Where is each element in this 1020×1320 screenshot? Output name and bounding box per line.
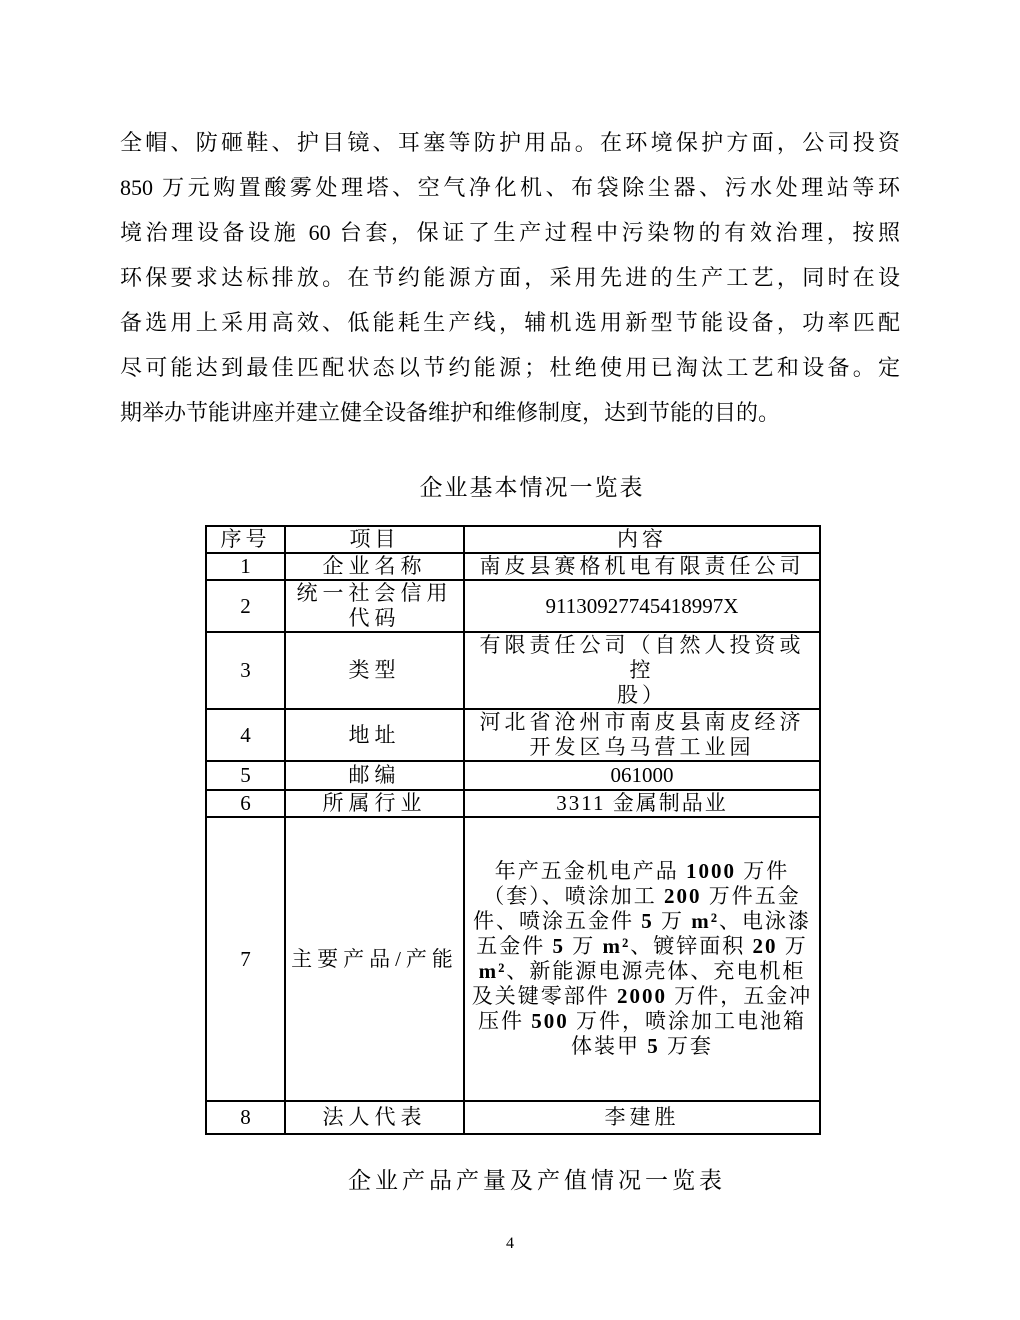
row-item-cell: 类型 [285, 632, 464, 709]
table-row: 4 地址 河北省沧州市南皮县南皮经济 开发区乌马营工业园 [206, 709, 820, 761]
row-content-cell: 061000 [464, 761, 820, 790]
table-row: 7 主要产品/产能 年产五金机电产品 1000 万件 （套）、喷涂加工 200 … [206, 817, 820, 1101]
table2-title: 企业产品产量及产值情况一览表 [0, 1167, 1020, 1195]
row-no-cell: 3 [206, 632, 285, 709]
header-content-cell: 内容 [464, 526, 820, 553]
row-item-cell: 地址 [285, 709, 464, 761]
row-content-cell: 李建胜 [464, 1101, 820, 1134]
row-item-cell: 统一社会信用 代码 [285, 580, 464, 632]
row-no-cell: 5 [206, 761, 285, 790]
document-page: 全帽、防砸鞋、护目镜、耳塞等防护用品。在环境保护方面，公司投资 850 万元购置… [0, 0, 1020, 1320]
row-no-cell: 6 [206, 790, 285, 817]
header-no-cell: 序号 [206, 526, 285, 553]
table-row: 2 统一社会信用 代码 91130927745418997X [206, 580, 820, 632]
row-no-cell: 7 [206, 817, 285, 1101]
table-row: 5 邮编 061000 [206, 761, 820, 790]
page-number: 4 [0, 1234, 1020, 1254]
row-no-cell: 8 [206, 1101, 285, 1134]
table-row: 8 法人代表 李建胜 [206, 1101, 820, 1134]
row-item-cell: 企业名称 [285, 553, 464, 580]
row-content-cell: 年产五金机电产品 1000 万件 （套）、喷涂加工 200 万件五金 件、喷涂五… [464, 817, 820, 1101]
row-content-cell: 3311 金属制品业 [464, 790, 820, 817]
row-content-cell: 南皮县赛格机电有限责任公司 [464, 553, 820, 580]
paragraph-line: 850 万元购置酸雾处理塔、空气净化机、布袋除尘器、污水处理站等环 [120, 165, 900, 210]
row-no-cell: 2 [206, 580, 285, 632]
paragraph-line: 全帽、防砸鞋、护目镜、耳塞等防护用品。在环境保护方面，公司投资 [120, 120, 900, 165]
row-content-cell: 91130927745418997X [464, 580, 820, 632]
paragraph-line: 环保要求达标排放。在节约能源方面，采用先进的生产工艺，同时在设 [120, 255, 900, 300]
paragraph-line: 境治理设备设施 60 台套，保证了生产过程中污染物的有效治理，按照 [120, 210, 900, 255]
header-item-cell: 项目 [285, 526, 464, 553]
table1-title: 企业基本情况一览表 [0, 474, 1020, 502]
paragraph-line: 尽可能达到最佳匹配状态以节约能源；杜绝使用已淘汰工艺和设备。定 [120, 345, 900, 390]
paragraph-line: 期举办节能讲座并建立健全设备维护和维修制度，达到节能的目的。 [120, 390, 900, 435]
row-item-cell: 法人代表 [285, 1101, 464, 1134]
table-row: 6 所属行业 3311 金属制品业 [206, 790, 820, 817]
row-content-cell: 有限责任公司（自然人投资或控 股） [464, 632, 820, 709]
row-no-cell: 1 [206, 553, 285, 580]
row-item-cell: 主要产品/产能 [285, 817, 464, 1101]
table-row: 1 企业名称 南皮县赛格机电有限责任公司 [206, 553, 820, 580]
basic-info-table: 序号 项目 内容 1 企业名称 南皮县赛格机电有限责任公司 2 统一社会信用 代… [205, 525, 821, 1135]
row-item-cell: 所属行业 [285, 790, 464, 817]
table-header-row: 序号 项目 内容 [206, 526, 820, 553]
row-content-cell: 河北省沧州市南皮县南皮经济 开发区乌马营工业园 [464, 709, 820, 761]
row-no-cell: 4 [206, 709, 285, 761]
table-row: 3 类型 有限责任公司（自然人投资或控 股） [206, 632, 820, 709]
paragraph-line: 备选用上采用高效、低能耗生产线，辅机选用新型节能设备，功率匹配 [120, 300, 900, 345]
body-paragraph: 全帽、防砸鞋、护目镜、耳塞等防护用品。在环境保护方面，公司投资 850 万元购置… [120, 120, 900, 435]
row-item-cell: 邮编 [285, 761, 464, 790]
